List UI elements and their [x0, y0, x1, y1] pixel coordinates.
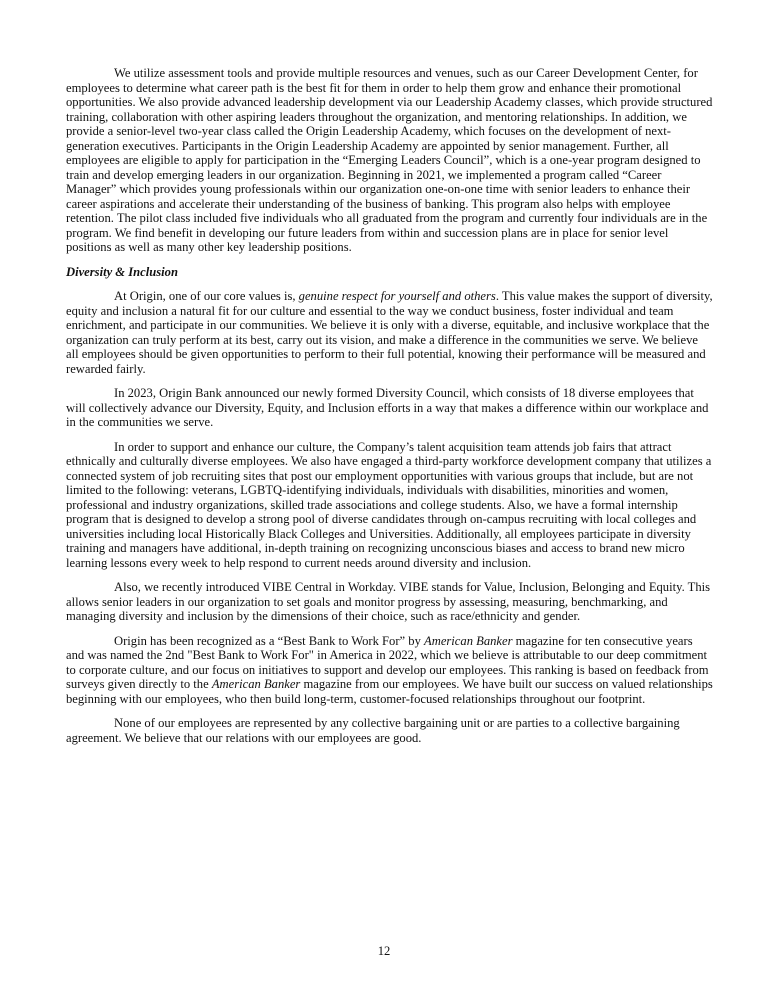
collective-bargaining-paragraph: None of our employees are represented by…: [66, 716, 713, 745]
core-values-paragraph: At Origin, one of our core values is, ge…: [66, 289, 713, 376]
page-number: 12: [0, 944, 768, 959]
section-heading-diversity-inclusion: Diversity & Inclusion: [66, 265, 713, 280]
vibe-paragraph: Also, we recently introduced VIBE Centra…: [66, 580, 713, 624]
award-text-1: Origin has been recognized as a “Best Ba…: [114, 634, 424, 648]
diversity-council-paragraph: In 2023, Origin Bank announced our newly…: [66, 386, 713, 430]
recruiting-paragraph: In order to support and enhance our cult…: [66, 440, 713, 571]
core-values-text-before: At Origin, one of our core values is,: [114, 289, 299, 303]
best-bank-award-paragraph: Origin has been recognized as a “Best Ba…: [66, 634, 713, 707]
document-page: We utilize assessment tools and provide …: [66, 66, 713, 755]
publication-name-2: American Banker: [212, 677, 300, 691]
publication-name-1: American Banker: [424, 634, 512, 648]
career-development-paragraph: We utilize assessment tools and provide …: [66, 66, 713, 255]
core-value-italic: genuine respect for yourself and others: [299, 289, 496, 303]
